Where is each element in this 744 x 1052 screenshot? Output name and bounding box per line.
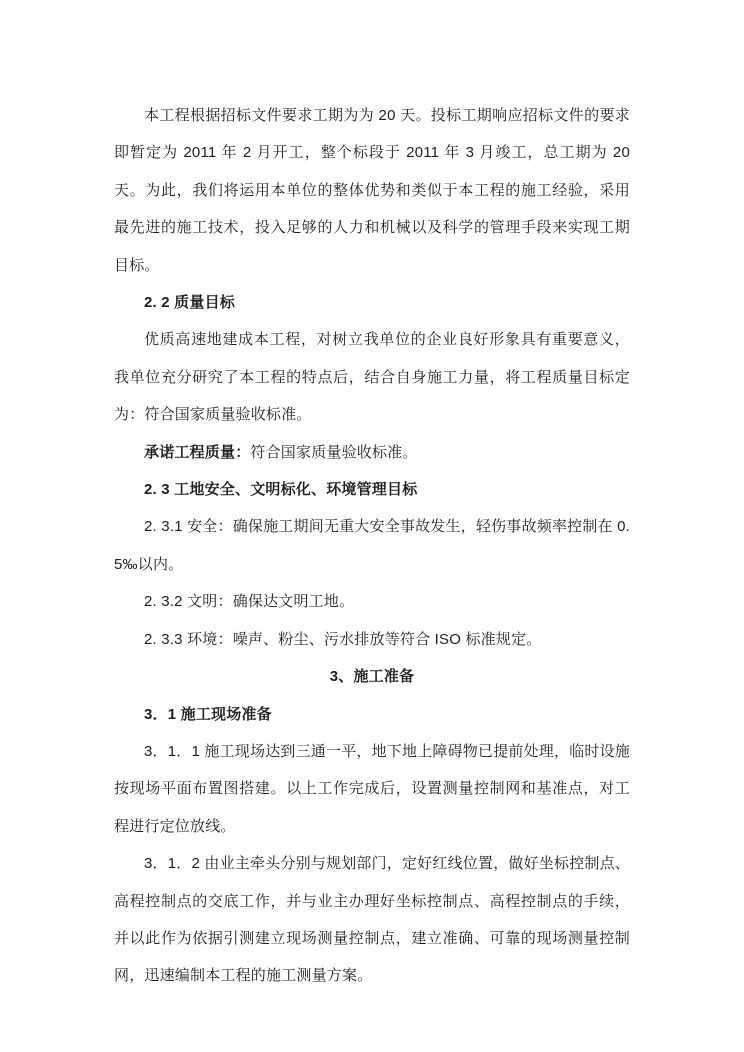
paragraph: 2. 3.2 文明：确保达文明工地。	[114, 583, 630, 620]
paragraph-lead-bold: 承诺工程质量：	[144, 444, 250, 461]
paragraph: 3．1．1 施工现场达到三通一平，地下地上障碍物已提前处理，临时设施按现场平面布…	[114, 733, 630, 845]
paragraph-text: 符合国家质量验收标准。	[250, 444, 417, 461]
paragraph: 优质高速地建成本工程，对树立我单位的企业良好形象具有重要意义，我单位充分研究了本…	[114, 321, 630, 433]
paragraph: 承诺工程质量：符合国家质量验收标准。	[114, 434, 630, 471]
paragraph: 3．1．2 由业主牵头分别与规划部门，定好红线位置，做好坐标控制点、高程控制点的…	[114, 845, 630, 995]
document-body: 本工程根据招标文件要求工期为为 20 天。投标工期响应招标文件的要求即暂定为 2…	[114, 97, 630, 995]
paragraph: 2. 3.3 环境：噪声、粉尘、污水排放等符合 ISO 标准规定。	[114, 621, 630, 658]
section-heading: 2. 2 质量目标	[114, 284, 630, 321]
section-heading: 2. 3 工地安全、文明标化、环境管理目标	[114, 471, 630, 508]
paragraph: 2. 3.1 安全：确保施工期间无重大安全事故发生，轻伤事故频率控制在 0.5‰…	[114, 508, 630, 583]
paragraph: 本工程根据招标文件要求工期为为 20 天。投标工期响应招标文件的要求即暂定为 2…	[114, 97, 630, 284]
section-heading: 3．1 施工现场准备	[114, 696, 630, 733]
document-page: 本工程根据招标文件要求工期为为 20 天。投标工期响应招标文件的要求即暂定为 2…	[0, 0, 744, 1052]
section-heading: 3、施工准备	[114, 658, 630, 695]
